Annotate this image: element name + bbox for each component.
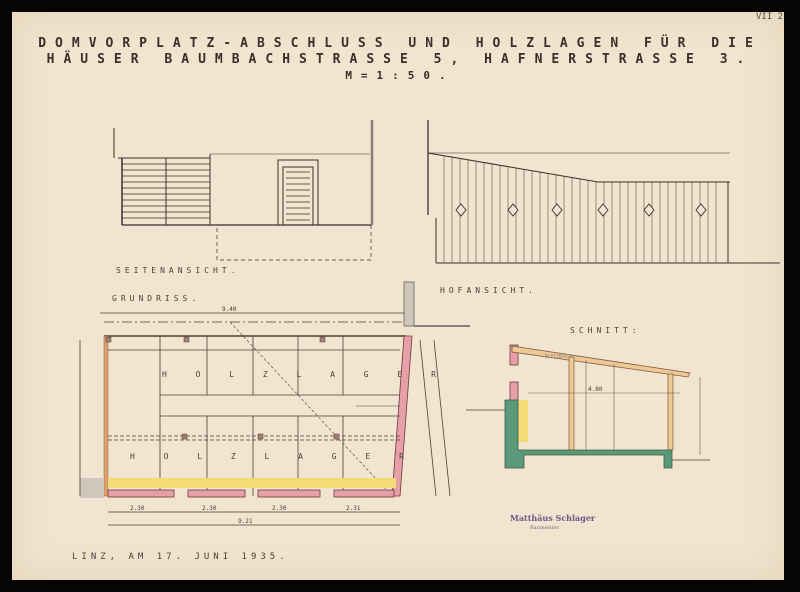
section-label: SCHNITT:	[570, 326, 641, 335]
svg-text:BLECHDACH: BLECHDACH	[545, 354, 572, 360]
svg-text:9.40: 9.40	[222, 306, 237, 313]
svg-text:2.31: 2.31	[346, 505, 361, 512]
floor-plan	[80, 282, 470, 525]
svg-text:4.80: 4.80	[588, 386, 603, 393]
svg-text:2.30: 2.30	[272, 505, 287, 512]
floor-plan-label: GRUNDRISS.	[112, 294, 200, 303]
courtyard-elevation-label: HOFANSICHT.	[440, 286, 537, 295]
svg-text:9.21: 9.21	[238, 518, 253, 525]
place-date: LINZ, AM 17. JUNI 1935.	[72, 552, 289, 562]
courtyard-elevation	[428, 120, 780, 263]
svg-text:2.30: 2.30	[202, 505, 217, 512]
room-label-upper: H O L Z L A G E R	[162, 370, 448, 379]
architect-stamp: Matthäus Schlager	[510, 513, 595, 523]
svg-text:2.30: 2.30	[130, 505, 145, 512]
section-view	[466, 345, 710, 468]
room-label-lower: H O L Z L A G E R	[130, 452, 416, 461]
side-elevation	[114, 120, 372, 260]
side-elevation-label: SEITENANSICHT.	[116, 266, 239, 275]
architect-title: Baumeister	[530, 525, 559, 531]
